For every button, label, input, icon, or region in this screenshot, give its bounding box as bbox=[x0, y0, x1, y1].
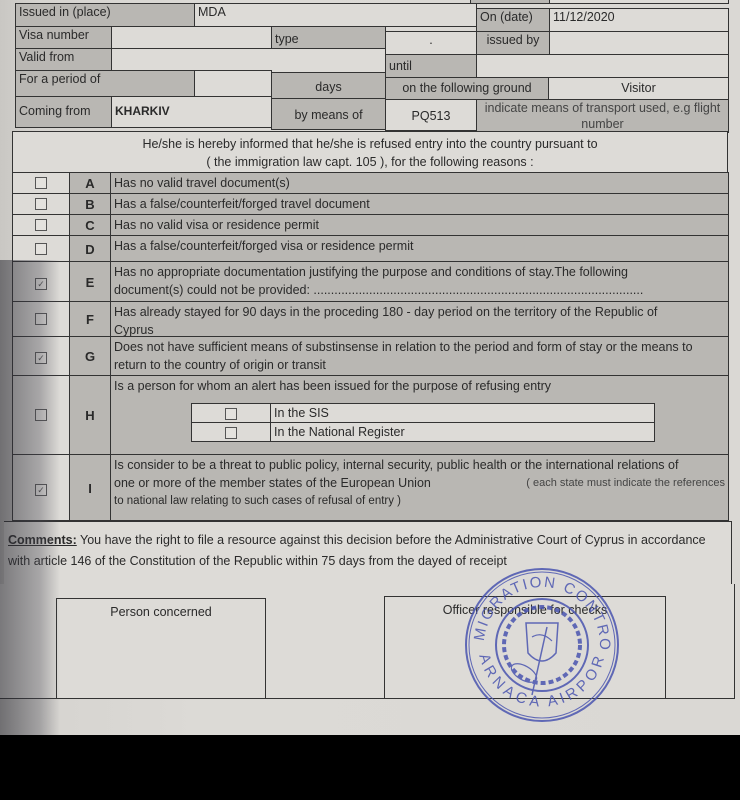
visa-number-value bbox=[111, 26, 272, 49]
intro-line-1: He/she is hereby informed that he/she is… bbox=[16, 135, 724, 153]
reason-text: Has a false/counterfeit/forged travel do… bbox=[114, 195, 725, 213]
reason-text-cell: Does not have sufficient means of substi… bbox=[110, 336, 729, 376]
reason-checkbox-cell bbox=[12, 172, 70, 194]
comments-line-2: with article 146 of the Constitution of … bbox=[8, 554, 507, 568]
reason-text: Has a false/counterfeit/forged visa or r… bbox=[114, 237, 725, 255]
issued-in-label: Issued in (place) bbox=[15, 3, 195, 27]
type-value: . bbox=[385, 31, 477, 55]
alert-row-sis: In the SIS bbox=[191, 403, 655, 423]
officer-label: Officer responsible for checks bbox=[443, 603, 607, 617]
reason-text: Has no valid visa or residence permit bbox=[114, 216, 725, 234]
reason-checkbox-i[interactable]: ✓ bbox=[35, 484, 47, 496]
on-date-label: On (date) bbox=[476, 8, 550, 32]
intro-text: He/she is hereby informed that he/she is… bbox=[12, 131, 728, 173]
reason-text-continued: one or more of the member states of the … bbox=[114, 474, 725, 492]
reason-checkbox-cell bbox=[12, 235, 70, 262]
reason-text: Has already stayed for 90 days in the pr… bbox=[114, 303, 725, 321]
reason-text-line-2: document(s) could not be provided: .....… bbox=[114, 283, 643, 297]
visa-number-label: Visa number bbox=[15, 26, 112, 49]
ground-value: Visitor bbox=[548, 77, 729, 100]
person-concerned-label: Person concerned bbox=[110, 605, 211, 619]
reason-letter: F bbox=[69, 301, 111, 337]
until-label: until bbox=[385, 54, 477, 78]
national-register-checkbox[interactable] bbox=[225, 427, 237, 439]
reason-text-line-3: to national law relating to such cases o… bbox=[114, 492, 725, 510]
alert-option-label: In the SIS bbox=[271, 404, 329, 422]
reason-letter: B bbox=[69, 193, 111, 215]
reason-checkbox-cell: ✓ bbox=[12, 336, 70, 376]
until-value bbox=[476, 54, 729, 78]
reason-letter: H bbox=[69, 375, 111, 455]
reason-letter: D bbox=[69, 235, 111, 262]
alert-row-national-register: In the National Register bbox=[191, 422, 655, 442]
reason-text: Is consider to be a threat to public pol… bbox=[114, 456, 725, 474]
reason-text-cell: Has a false/counterfeit/forged travel do… bbox=[110, 193, 729, 215]
means-label: by means of bbox=[271, 98, 386, 130]
coming-from-value: KHARKIV bbox=[111, 96, 272, 128]
comments-block: Comments: You have the right to file a r… bbox=[4, 521, 732, 585]
alert-subtable: In the SISIn the National Register bbox=[191, 404, 655, 442]
reason-checkbox-a[interactable] bbox=[35, 177, 47, 189]
reason-text-cell: Has already stayed for 90 days in the pr… bbox=[110, 301, 729, 337]
alert-option-label: In the National Register bbox=[271, 423, 405, 441]
reason-text: Has no valid travel document(s) bbox=[114, 174, 725, 192]
reason-text-cell: Is consider to be a threat to public pol… bbox=[110, 454, 729, 521]
reason-checkbox-g[interactable]: ✓ bbox=[35, 352, 47, 364]
intro-line-2: ( the immigration law capt. 105 ), for t… bbox=[16, 153, 724, 171]
reason-text-cell: Has no valid travel document(s) bbox=[110, 172, 729, 194]
means-hint: indicate means of transport used, e.g fl… bbox=[476, 99, 729, 133]
issued-by-value bbox=[549, 31, 729, 55]
number-value-cut bbox=[549, 0, 729, 4]
reason-letter: E bbox=[69, 261, 111, 302]
reason-checkbox-cell bbox=[12, 193, 70, 215]
reason-checkbox-cell: ✓ bbox=[12, 454, 70, 521]
number-label-cut bbox=[470, 0, 550, 4]
reason-checkbox-cell bbox=[12, 375, 70, 455]
reason-checkbox-c[interactable] bbox=[35, 219, 47, 231]
reason-checkbox-b[interactable] bbox=[35, 198, 47, 210]
reason-checkbox-cell bbox=[12, 214, 70, 236]
reason-letter: I bbox=[69, 454, 111, 521]
period-value bbox=[194, 70, 272, 97]
officer-box: Officer responsible for checks bbox=[384, 596, 666, 699]
comments-label: Comments: bbox=[8, 533, 77, 547]
reason-checkbox-cell bbox=[12, 301, 70, 337]
issued-in-value: MDA bbox=[194, 3, 477, 27]
reason-text-continued: document(s) could not be provided: .....… bbox=[114, 281, 725, 299]
period-label: For a period of bbox=[15, 70, 195, 97]
reason-letter: C bbox=[69, 214, 111, 236]
on-date-value: 11/12/2020 bbox=[549, 8, 729, 32]
reason-text-cell: Is a person for whom an alert has been i… bbox=[110, 375, 729, 455]
reason-checkbox-cell: ✓ bbox=[12, 261, 70, 302]
reason-text-cell: Has no appropriate documentation justify… bbox=[110, 261, 729, 302]
coming-from-label: Coming from bbox=[15, 96, 112, 128]
reason-text-continued: Cyprus bbox=[114, 321, 725, 337]
reason-text: Is a person for whom an alert has been i… bbox=[114, 377, 725, 395]
reason-text-line-2: return to the country of origin or trans… bbox=[114, 358, 326, 372]
person-concerned-box: Person concerned bbox=[56, 598, 266, 699]
sis-checkbox[interactable] bbox=[225, 408, 237, 420]
reason-text-cell: Has no valid visa or residence permit bbox=[110, 214, 729, 236]
reason-checkbox-h[interactable] bbox=[35, 409, 47, 421]
issued-by-label: issued by bbox=[476, 31, 550, 55]
comments-line-1: You have the right to file a resource ag… bbox=[77, 533, 706, 547]
reason-checkbox-f[interactable] bbox=[35, 313, 47, 325]
ground-label: on the following ground bbox=[385, 77, 549, 100]
reason-checkbox-e[interactable]: ✓ bbox=[35, 278, 47, 290]
reason-text-note: ( each state must indicate the reference… bbox=[526, 474, 725, 492]
reason-checkbox-d[interactable] bbox=[35, 243, 47, 255]
reason-text-cell: Has a false/counterfeit/forged visa or r… bbox=[110, 235, 729, 262]
reason-text: Does not have sufficient means of substi… bbox=[114, 338, 725, 356]
valid-from-label: Valid from bbox=[15, 48, 112, 71]
means-value: PQ513 bbox=[385, 99, 477, 131]
reason-text-line-2: Cyprus bbox=[114, 323, 154, 337]
reason-letter: A bbox=[69, 172, 111, 194]
reason-text-line-2: one or more of the member states of the … bbox=[114, 476, 431, 490]
refusal-of-entry-form: Issued in (place) MDA On (date) 11/12/20… bbox=[0, 0, 740, 735]
reason-letter: G bbox=[69, 336, 111, 376]
days-label: days bbox=[271, 72, 386, 99]
reason-text: Has no appropriate documentation justify… bbox=[114, 263, 725, 281]
reason-text-continued: return to the country of origin or trans… bbox=[114, 356, 725, 374]
